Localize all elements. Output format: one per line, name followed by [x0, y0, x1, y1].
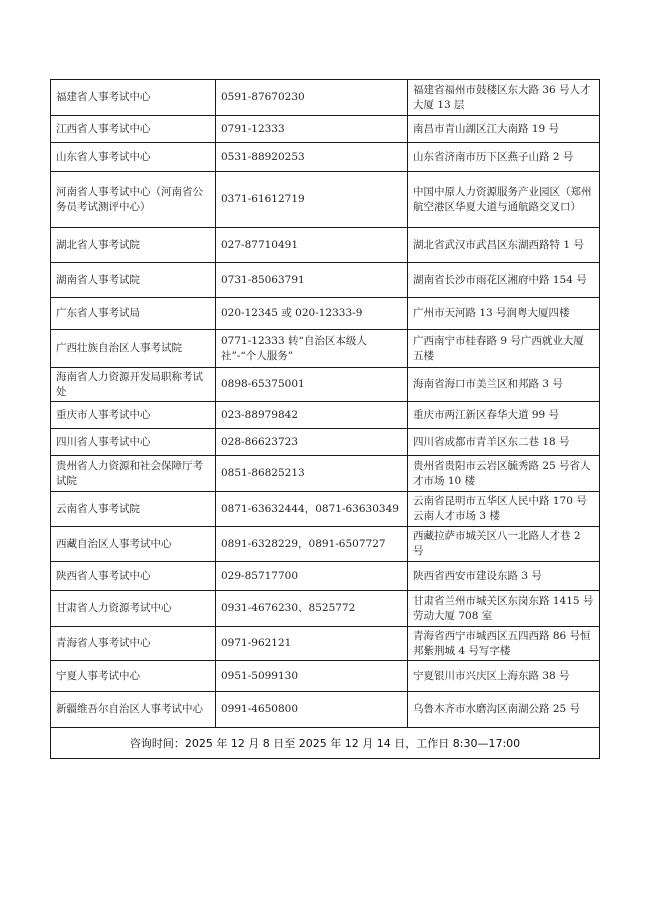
table-row: 陕西省人事考试中心029-85717700陕西省西安市建设东路 3 号 — [51, 562, 600, 591]
contact-phone: 0898-65375001 — [216, 368, 408, 402]
office-address: 西藏拉萨市城关区八一北路人才巷 2 号 — [408, 527, 600, 562]
table-row: 宁夏人事考试中心0951-5099130宁夏银川市兴庆区上海东路 38 号 — [51, 661, 600, 692]
table-row: 湖南省人事考试院0731-85063791湖南省长沙市雨花区湘府中路 154 号 — [51, 263, 600, 298]
exam-center-name: 贵州省人力资源和社会保障厅考试院 — [51, 456, 216, 492]
office-address: 青海省西宁市城西区五四西路 86 号恒邦紫荆城 4 号写字楼 — [408, 627, 600, 661]
exam-center-name: 广西壮族自治区人事考试院 — [51, 330, 216, 368]
exam-center-name: 重庆市人事考试中心 — [51, 402, 216, 429]
contact-phone: 020-12345 或 020-12333-9 — [216, 298, 408, 330]
contact-phone: 028-86623723 — [216, 429, 408, 456]
contact-phone: 0531-88920253 — [216, 143, 408, 172]
office-address: 陕西省西安市建设东路 3 号 — [408, 562, 600, 591]
exam-center-name: 青海省人事考试中心 — [51, 627, 216, 661]
contact-phone: 029-85717700 — [216, 562, 408, 591]
table-row: 山东省人事考试中心0531-88920253山东省济南市历下区燕子山路 2 号 — [51, 143, 600, 172]
table-row: 青海省人事考试中心0971-962121青海省西宁市城西区五四西路 86 号恒邦… — [51, 627, 600, 661]
exam-center-name: 广东省人事考试局 — [51, 298, 216, 330]
contact-phone: 0891-6328229，0891-6507727 — [216, 527, 408, 562]
table-row: 新疆维吾尔自治区人事考试中心0991-4650800乌鲁木齐市水磨沟区南湖公路 … — [51, 692, 600, 728]
contact-phone: 0951-5099130 — [216, 661, 408, 692]
office-address: 山东省济南市历下区燕子山路 2 号 — [408, 143, 600, 172]
table-row: 西藏自治区人事考试中心0891-6328229，0891-6507727西藏拉萨… — [51, 527, 600, 562]
exam-center-name: 西藏自治区人事考试中心 — [51, 527, 216, 562]
table-row: 海南省人力资源开发局职称考试处0898-65375001海南省海口市美兰区和邦路… — [51, 368, 600, 402]
consultation-hours-text: 咨询时间：2025 年 12 月 8 日至 2025 年 12 月 14 日，工… — [51, 728, 600, 759]
table-row: 河南省人事考试中心（河南省公务员考试测评中心）0371-61612719中国中原… — [51, 172, 600, 228]
office-address: 重庆市两江新区春华大道 99 号 — [408, 402, 600, 429]
office-address: 四川省成都市青羊区东二巷 18 号 — [408, 429, 600, 456]
office-address: 海南省海口市美兰区和邦路 3 号 — [408, 368, 600, 402]
exam-center-contact-table: 福建省人事考试中心0591-87670230福建省福州市鼓楼区东大路 36 号人… — [50, 79, 600, 759]
table-row: 贵州省人力资源和社会保障厅考试院0851-86825213贵州省贵阳市云岩区毓秀… — [51, 456, 600, 492]
exam-center-name: 福建省人事考试中心 — [51, 80, 216, 116]
office-address: 广州市天河路 13 号润粤大厦四楼 — [408, 298, 600, 330]
contact-phone: 027-87710491 — [216, 228, 408, 263]
exam-center-name: 云南省人事考试院 — [51, 492, 216, 527]
office-address: 福建省福州市鼓楼区东大路 36 号人才大厦 13 层 — [408, 80, 600, 116]
table-row: 云南省人事考试院0871-63632444，0871-63630349云南省昆明… — [51, 492, 600, 527]
exam-center-name: 山东省人事考试中心 — [51, 143, 216, 172]
office-address: 中国中原人力资源服务产业园区（郑州航空港区华夏大道与通航路交叉口） — [408, 172, 600, 228]
table-row: 重庆市人事考试中心023-88979842重庆市两江新区春华大道 99 号 — [51, 402, 600, 429]
office-address: 广西南宁市桂春路 9 号广西就业大厦五楼 — [408, 330, 600, 368]
table-row: 湖北省人事考试院027-87710491湖北省武汉市武昌区东湖西路特 1 号 — [51, 228, 600, 263]
exam-center-name: 湖南省人事考试院 — [51, 263, 216, 298]
table-row: 福建省人事考试中心0591-87670230福建省福州市鼓楼区东大路 36 号人… — [51, 80, 600, 116]
table-row: 甘肃省人力资源考试中心0931-4676230、8525772甘肃省兰州市城关区… — [51, 591, 600, 627]
table-row: 四川省人事考试中心028-86623723四川省成都市青羊区东二巷 18 号 — [51, 429, 600, 456]
contact-phone: 0591-87670230 — [216, 80, 408, 116]
office-address: 云南省昆明市五华区人民中路 170 号云南人才市场 3 楼 — [408, 492, 600, 527]
exam-center-name: 海南省人力资源开发局职称考试处 — [51, 368, 216, 402]
exam-center-name: 江西省人事考试中心 — [51, 116, 216, 143]
contact-phone: 0871-63632444，0871-63630349 — [216, 492, 408, 527]
contact-phone: 0371-61612719 — [216, 172, 408, 228]
office-address: 宁夏银川市兴庆区上海东路 38 号 — [408, 661, 600, 692]
exam-center-name: 甘肃省人力资源考试中心 — [51, 591, 216, 627]
contact-phone: 0791-12333 — [216, 116, 408, 143]
exam-center-name: 陕西省人事考试中心 — [51, 562, 216, 591]
exam-center-name: 湖北省人事考试院 — [51, 228, 216, 263]
table-row: 广东省人事考试局020-12345 或 020-12333-9广州市天河路 13… — [51, 298, 600, 330]
office-address: 湖南省长沙市雨花区湘府中路 154 号 — [408, 263, 600, 298]
contact-phone: 0731-85063791 — [216, 263, 408, 298]
contact-phone: 0851-86825213 — [216, 456, 408, 492]
contact-phone: 0991-4650800 — [216, 692, 408, 728]
contact-phone: 0771-12333 转“自治区本级人社”-“个人服务” — [216, 330, 408, 368]
contact-phone: 023-88979842 — [216, 402, 408, 429]
office-address: 贵州省贵阳市云岩区毓秀路 25 号省人才市场 10 楼 — [408, 456, 600, 492]
office-address: 乌鲁木齐市水磨沟区南湖公路 25 号 — [408, 692, 600, 728]
exam-center-name: 宁夏人事考试中心 — [51, 661, 216, 692]
exam-center-name: 四川省人事考试中心 — [51, 429, 216, 456]
contact-phone: 0971-962121 — [216, 627, 408, 661]
office-address: 南昌市青山湖区江大南路 19 号 — [408, 116, 600, 143]
exam-center-name: 新疆维吾尔自治区人事考试中心 — [51, 692, 216, 728]
table-row: 江西省人事考试中心0791-12333南昌市青山湖区江大南路 19 号 — [51, 116, 600, 143]
office-address: 甘肃省兰州市城关区东岗东路 1415 号劳动大厦 708 室 — [408, 591, 600, 627]
office-address: 湖北省武汉市武昌区东湖西路特 1 号 — [408, 228, 600, 263]
exam-center-name: 河南省人事考试中心（河南省公务员考试测评中心） — [51, 172, 216, 228]
table-row: 广西壮族自治区人事考试院0771-12333 转“自治区本级人社”-“个人服务”… — [51, 330, 600, 368]
contact-phone: 0931-4676230、8525772 — [216, 591, 408, 627]
consultation-hours-row: 咨询时间：2025 年 12 月 8 日至 2025 年 12 月 14 日，工… — [51, 728, 600, 759]
